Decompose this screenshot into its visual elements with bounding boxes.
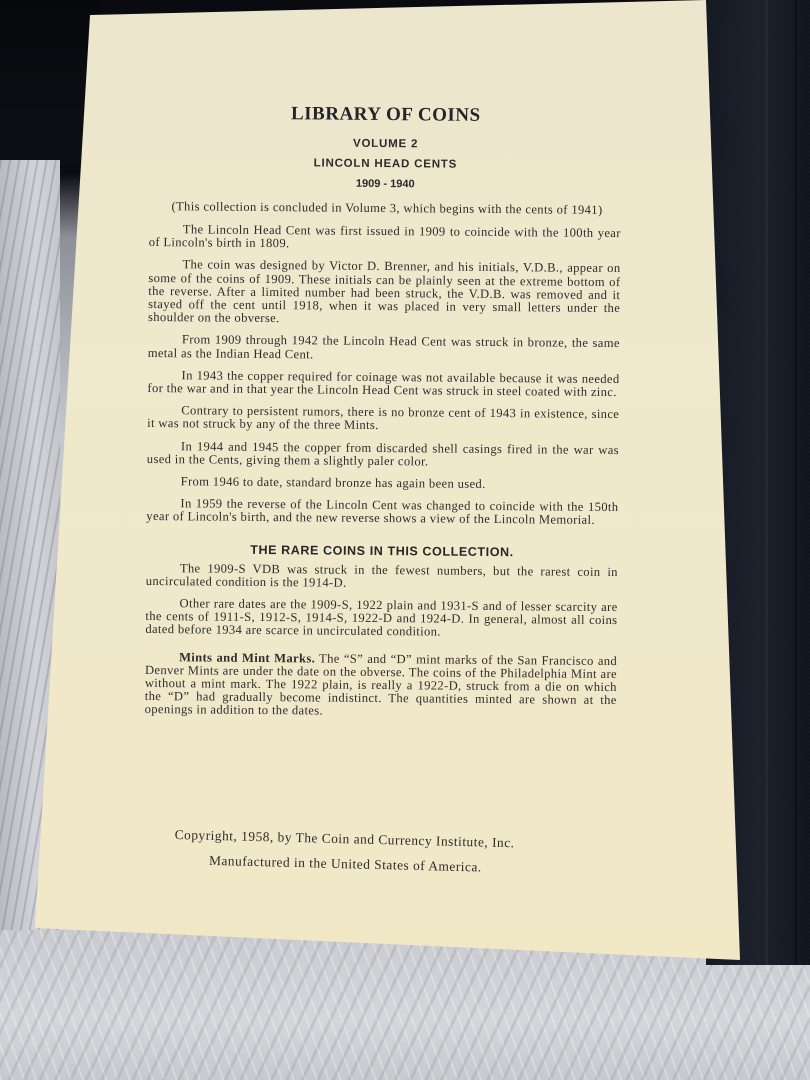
paragraph-1943-steel: In 1943 the copper required for coinage … xyxy=(147,369,619,400)
paragraph-rarest: The 1909-S VDB was struck in the fewest … xyxy=(146,562,618,593)
rare-coins-heading: THE RARE COINS IN THIS COLLECTION. xyxy=(146,542,618,560)
volume-label: VOLUME 2 xyxy=(150,136,622,152)
document-subtitle: LINCOLN HEAD CENTS xyxy=(149,156,621,172)
paragraph-1946: From 1946 to date, standard bronze has a… xyxy=(147,475,619,492)
paragraph-shell-casings: In 1944 and 1945 the copper from discard… xyxy=(147,440,619,471)
document-title: LIBRARY OF COINS xyxy=(150,102,622,128)
paragraph-rumors: Contrary to persistent rumors, there is … xyxy=(147,404,619,435)
document-page: LIBRARY OF COINS VOLUME 2 LINCOLN HEAD C… xyxy=(0,0,810,1080)
collection-note: (This collection is concluded in Volume … xyxy=(153,200,621,217)
paragraph-bronze: From 1909 through 1942 the Lincoln Head … xyxy=(148,333,620,364)
paragraph-mint-marks: Mints and Mint Marks. The “S” and “D” mi… xyxy=(145,651,618,721)
paragraph-designer: The coin was designed by Victor D. Brenn… xyxy=(148,258,621,328)
binder-spine-line xyxy=(795,0,797,965)
date-range: 1909 - 1940 xyxy=(149,176,621,192)
paragraph-rare-dates: Other rare dates are the 1909-S, 1922 pl… xyxy=(145,597,617,641)
paragraph-1959-reverse: In 1959 the reverse of the Lincoln Cent … xyxy=(146,497,618,528)
page-content: LIBRARY OF COINS VOLUME 2 LINCOLN HEAD C… xyxy=(145,96,622,730)
footer: Copyright, 1958, by The Coin and Currenc… xyxy=(174,822,595,882)
paragraph-first-issue: The Lincoln Head Cent was first issued i… xyxy=(149,223,621,254)
binder-ridge xyxy=(765,0,768,965)
